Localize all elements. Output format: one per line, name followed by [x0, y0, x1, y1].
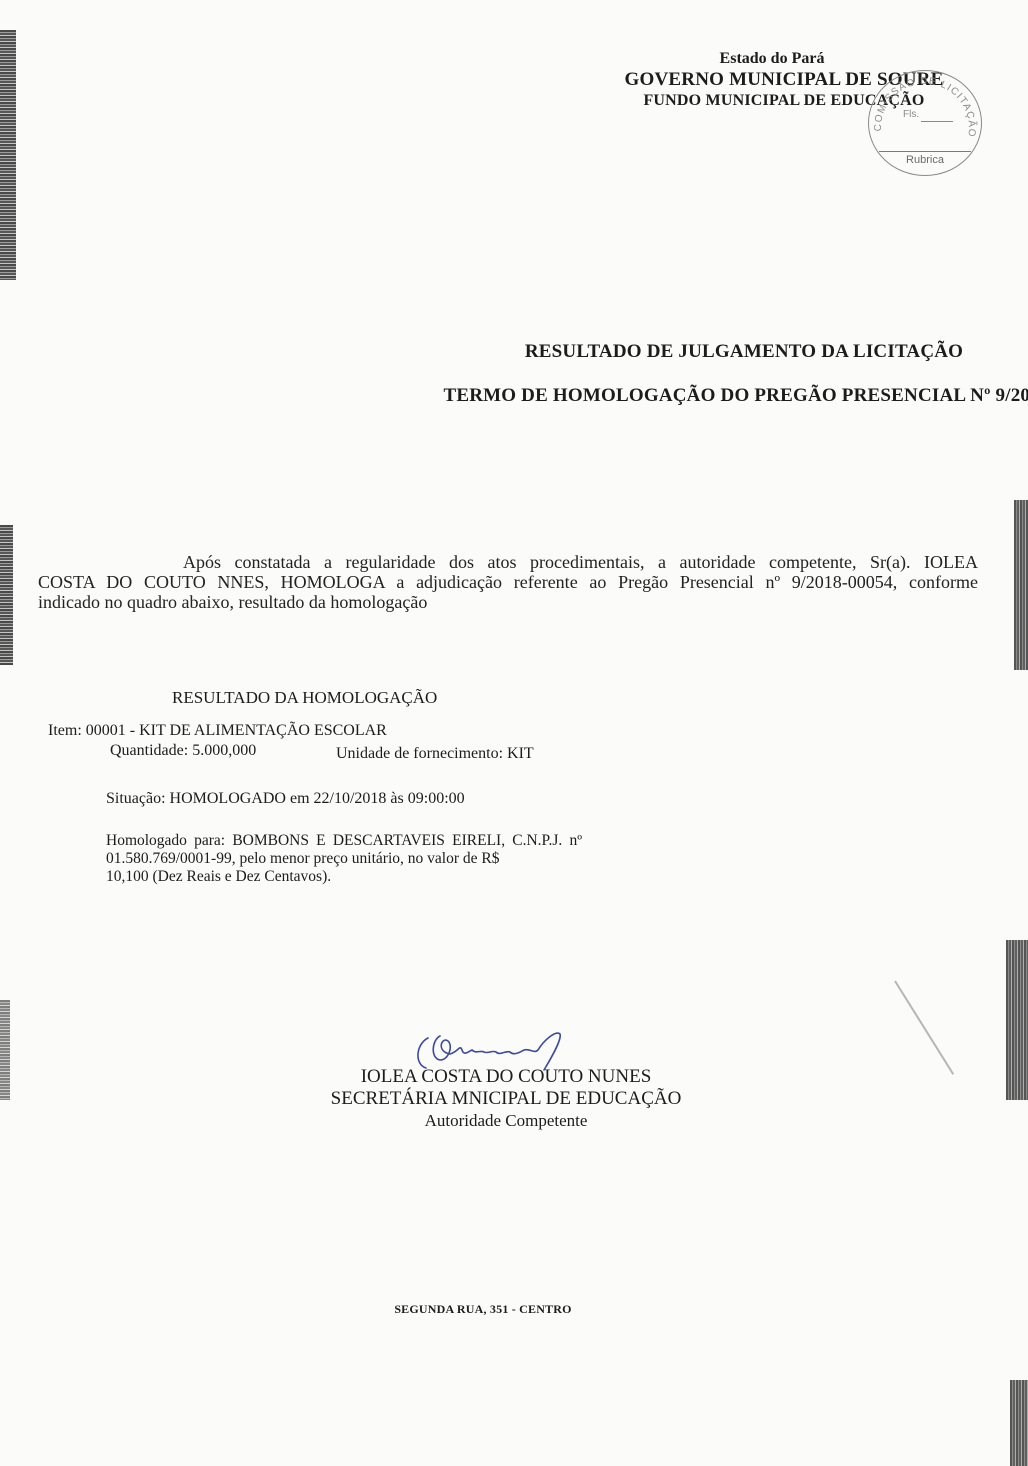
scan-artifact-right-mid [1014, 500, 1028, 670]
svg-text:COMISSÃO DE LICITAÇÃO: COMISSÃO DE LICITAÇÃO [873, 76, 979, 138]
paragraph-line-2: COSTA DO COUTO NNES, HOMOLOGA a adjudica… [38, 572, 978, 592]
document-subtitle: TERMO DE HOMOLOGAÇÃO DO PREGÃO PRESENCIA… [260, 385, 1028, 407]
homologation-paragraph: Após constatada a regularidade dos atos … [38, 552, 978, 612]
document-title: RESULTADO DE JULGAMENTO DA LICITAÇÃO [230, 341, 1028, 363]
stamp-rubrica-label: Rubrica [869, 154, 981, 166]
signer-name: IOLEA COSTA DO COUTO NUNES [296, 1066, 716, 1088]
signature-block: IOLEA COSTA DO COUTO NUNES SECRETÁRIA MN… [296, 1066, 716, 1132]
paragraph-line-3: indicado no quadro abaixo, resultado da … [38, 592, 978, 612]
result-item: Item: 00001 - KIT DE ALIMENTAÇÃO ESCOLAR [48, 722, 387, 740]
scan-artifact-right-lower [1006, 940, 1028, 1100]
result-status: Situação: HOMOLOGADO em 22/10/2018 às 09… [106, 790, 465, 808]
scan-artifact-left-mid [0, 525, 13, 665]
commission-stamp: COMISSÃO DE LICITAÇÃO Fls. Rubrica [868, 70, 982, 176]
header-state: Estado do Pará [258, 50, 1028, 68]
result-heading: RESULTADO DA HOMOLOGAÇÃO [172, 688, 437, 708]
awarded-line-2: 01.580.769/0001-99, pelo menor preço uni… [106, 850, 582, 868]
stamp-fls-label: Fls. [903, 109, 919, 120]
result-awarded: Homologado para: BOMBONS E DESCARTAVEIS … [106, 832, 582, 886]
signer-role: SECRETÁRIA MNICIPAL DE EDUCAÇÃO [296, 1088, 716, 1110]
stamp-divider [879, 151, 971, 152]
scan-crease-line [894, 980, 954, 1074]
stamp-fls-line [921, 121, 953, 122]
footer-address: SEGUNDA RUA, 351 - CENTRO [0, 1302, 966, 1317]
scan-artifact-left-top [0, 30, 16, 280]
awarded-line-1: Homologado para: BOMBONS E DESCARTAVEIS … [106, 832, 582, 850]
scan-artifact-right-bottom [1010, 1380, 1028, 1466]
result-unit: Unidade de fornecimento: KIT [336, 745, 534, 763]
result-quantity: Quantidade: 5.000,000 [110, 742, 256, 760]
scan-artifact-left-bottom [0, 1000, 10, 1100]
awarded-line-3: 10,100 (Dez Reais e Dez Centavos). [106, 868, 582, 886]
signer-authority: Autoridade Competente [296, 1110, 716, 1132]
paragraph-line-1: Após constatada a regularidade dos atos … [38, 552, 978, 572]
